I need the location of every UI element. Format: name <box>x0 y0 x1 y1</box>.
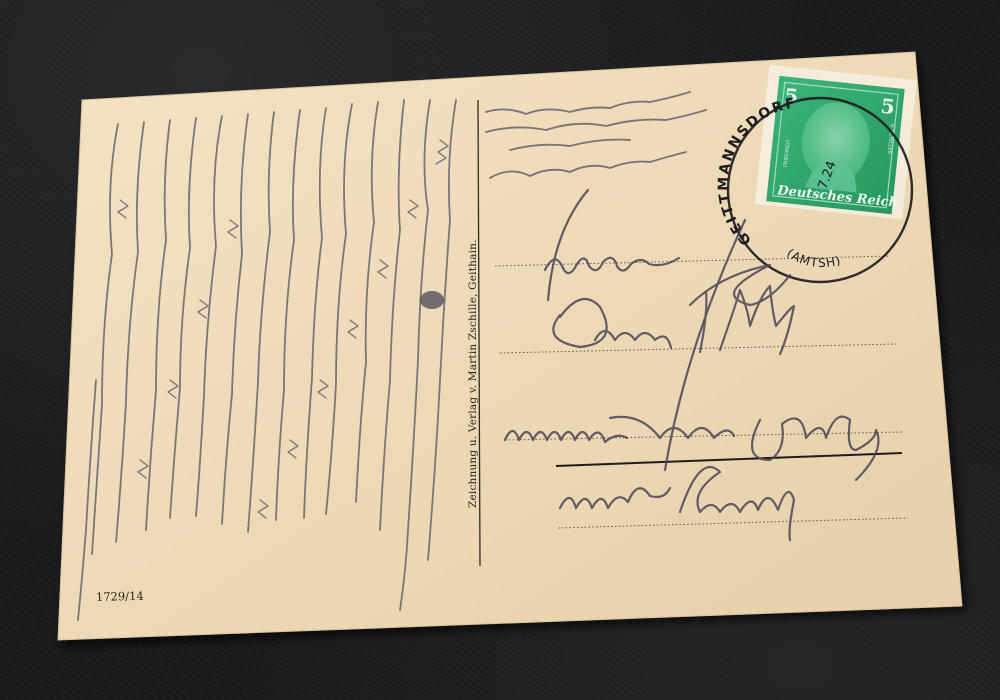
ink-blot <box>420 291 444 309</box>
publisher-imprint: Zeichnung u. Verlag v. Martin Zschille, … <box>467 239 479 508</box>
postage-stamp: 5 5 Deutsches Reich FRIEDRICH V. SCHILLE… <box>755 65 917 220</box>
catalog-number: 1729/14 <box>96 589 144 604</box>
postcard-photo: Zeichnung u. Verlag v. Martin Zschille, … <box>0 0 1000 700</box>
stamp-denomination-right: 5 <box>880 94 896 119</box>
